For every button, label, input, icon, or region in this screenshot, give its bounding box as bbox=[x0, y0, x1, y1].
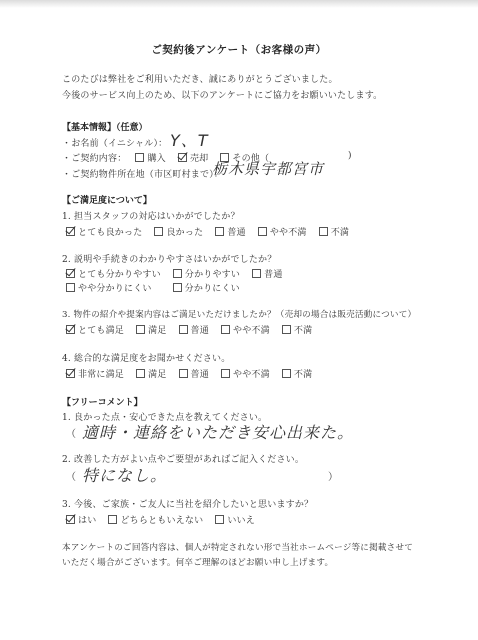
sat-q2-option-2[interactable]: 分かりやすい bbox=[173, 267, 240, 280]
sat-q3-option-4[interactable]: やや不満 bbox=[221, 323, 270, 336]
sat-q2-options-row2: やや分かりにくい 分かりにくい bbox=[66, 281, 249, 294]
free-q2-open-paren: （ bbox=[66, 468, 76, 483]
sat-q1-option-2[interactable]: 良かった bbox=[154, 225, 203, 238]
checkbox[interactable] bbox=[282, 369, 291, 378]
checkbox[interactable] bbox=[221, 369, 230, 378]
contract-option-purchase[interactable]: 購入 bbox=[135, 151, 165, 164]
checkbox[interactable] bbox=[108, 515, 117, 524]
free-comment-heading: 【フリーコメント】 bbox=[62, 395, 143, 408]
sat-q1-option-3[interactable]: 普通 bbox=[215, 225, 245, 238]
sat-q1-options: とても良かった 良かった 普通 やや不満 不満 bbox=[66, 225, 358, 238]
checkbox[interactable] bbox=[66, 269, 75, 278]
contract-option-sale[interactable]: 売却 bbox=[178, 151, 208, 164]
location-label: ・ご契約物件所在地（市区町村まで）： bbox=[62, 167, 223, 180]
sat-q1-question: 1. 担当スタッフの対応はいかがでしたか？ bbox=[62, 209, 240, 222]
sat-q3-option-2[interactable]: 満足 bbox=[136, 323, 166, 336]
sat-q4-option-5[interactable]: 不満 bbox=[282, 367, 312, 380]
checkbox[interactable] bbox=[136, 325, 145, 334]
contract-label: ・ご契約内容： bbox=[62, 154, 126, 164]
sat-q2-question: 2. 説明や手続きのわかりやすさはいかがでしたか？ bbox=[62, 252, 276, 265]
sat-q3-question: 3. 物件の紹介や提案内容はご満足いただけましたか？（売却の場合は販売活動につい… bbox=[62, 308, 416, 320]
checkbox[interactable] bbox=[179, 325, 188, 334]
free-q3-option-no[interactable]: いいえ bbox=[215, 513, 255, 526]
footer-line-1: 本アンケートのご回答内容は、個人が特定されない形で当社ホームページ等に掲載させて bbox=[62, 541, 413, 553]
checkbox[interactable] bbox=[173, 269, 182, 278]
checkbox[interactable] bbox=[215, 227, 224, 236]
sat-q4-options: 非常に満足 満足 普通 やや不満 不満 bbox=[66, 367, 321, 380]
free-q1-open-paren: （ bbox=[66, 425, 76, 440]
free-q3-question: 3. 今後、ご家族・ご友人に当社を紹介したいと思いますか？ bbox=[62, 497, 313, 510]
checkbox[interactable] bbox=[66, 515, 75, 524]
checkbox[interactable] bbox=[66, 283, 75, 292]
location-value[interactable]: 栃木県宇都宮市 bbox=[212, 158, 324, 179]
sat-q1-option-5[interactable]: 不満 bbox=[319, 225, 349, 238]
checkbox[interactable] bbox=[154, 227, 163, 236]
checkbox[interactable] bbox=[66, 227, 75, 236]
sat-q3-options: とても満足 満足 普通 やや不満 不満 bbox=[66, 323, 321, 336]
intro-line-2: 今後のサービス向上のため、以下のアンケートにご協力をお願いいたします。 bbox=[62, 88, 382, 101]
checkbox[interactable] bbox=[258, 227, 267, 236]
sat-q3-option-1[interactable]: とても満足 bbox=[66, 323, 124, 336]
checkbox-sale[interactable] bbox=[178, 153, 187, 162]
basic-info-heading: 【基本情報】（任意） bbox=[62, 120, 148, 133]
page-title: ご契約後アンケート（お客様の声） bbox=[0, 42, 478, 57]
free-q3-option-neutral[interactable]: どちらともいえない bbox=[108, 513, 203, 526]
sat-q2-option-3[interactable]: 普通 bbox=[252, 267, 282, 280]
sat-q4-option-2[interactable]: 満足 bbox=[136, 367, 166, 380]
checkbox-purchase[interactable] bbox=[135, 153, 144, 162]
sat-q4-option-3[interactable]: 普通 bbox=[179, 367, 209, 380]
contract-other-close: ) bbox=[348, 151, 352, 161]
free-q1-answer[interactable]: 適時・連絡をいただき安心出来た。 bbox=[82, 420, 354, 443]
free-q3-options: はい どちらともいえない いいえ bbox=[66, 513, 264, 526]
sat-q2-option-4[interactable]: やや分かりにくい bbox=[66, 281, 152, 294]
checkbox[interactable] bbox=[136, 369, 145, 378]
free-q3-option-yes[interactable]: はい bbox=[66, 513, 96, 526]
sat-q1-option-4[interactable]: やや不満 bbox=[258, 225, 307, 238]
sat-q2-option-5[interactable]: 分かりにくい bbox=[173, 281, 240, 294]
checkbox[interactable] bbox=[179, 369, 188, 378]
footer-line-2: いただく場合がございます。何卒ご理解のほどお願い申し上げます。 bbox=[62, 556, 333, 568]
name-label: ・お名前（イニシャル）： bbox=[62, 136, 167, 149]
page-top-shadow bbox=[0, 0, 478, 8]
checkbox[interactable] bbox=[66, 325, 75, 334]
free-q2-answer[interactable]: 特になし。 bbox=[82, 463, 167, 486]
sat-q2-option-1[interactable]: とても分かりやすい bbox=[66, 267, 161, 280]
sat-q4-question: 4. 総合的な満足度をお聞かせください。 bbox=[62, 351, 230, 364]
sat-q4-option-1[interactable]: 非常に満足 bbox=[66, 367, 124, 380]
name-value[interactable]: Y、T bbox=[170, 128, 209, 151]
sat-q3-option-3[interactable]: 普通 bbox=[179, 323, 209, 336]
intro-line-1: このたびは弊社をご利用いただき、誠にありがとうございました。 bbox=[62, 72, 338, 85]
checkbox[interactable] bbox=[252, 269, 261, 278]
checkbox[interactable] bbox=[221, 325, 230, 334]
satisfaction-heading: 【ご満足度について】 bbox=[62, 193, 152, 206]
checkbox[interactable] bbox=[66, 369, 75, 378]
free-q2-close-paren: ） bbox=[328, 468, 338, 483]
sat-q4-option-4[interactable]: やや不満 bbox=[221, 367, 270, 380]
sat-q3-option-5[interactable]: 不満 bbox=[282, 323, 312, 336]
checkbox[interactable] bbox=[173, 283, 182, 292]
checkbox[interactable] bbox=[319, 227, 328, 236]
sat-q1-option-1[interactable]: とても良かった bbox=[66, 225, 142, 238]
sat-q2-options-row1: とても分かりやすい 分かりやすい 普通 bbox=[66, 267, 292, 280]
checkbox[interactable] bbox=[215, 515, 224, 524]
checkbox[interactable] bbox=[282, 325, 291, 334]
